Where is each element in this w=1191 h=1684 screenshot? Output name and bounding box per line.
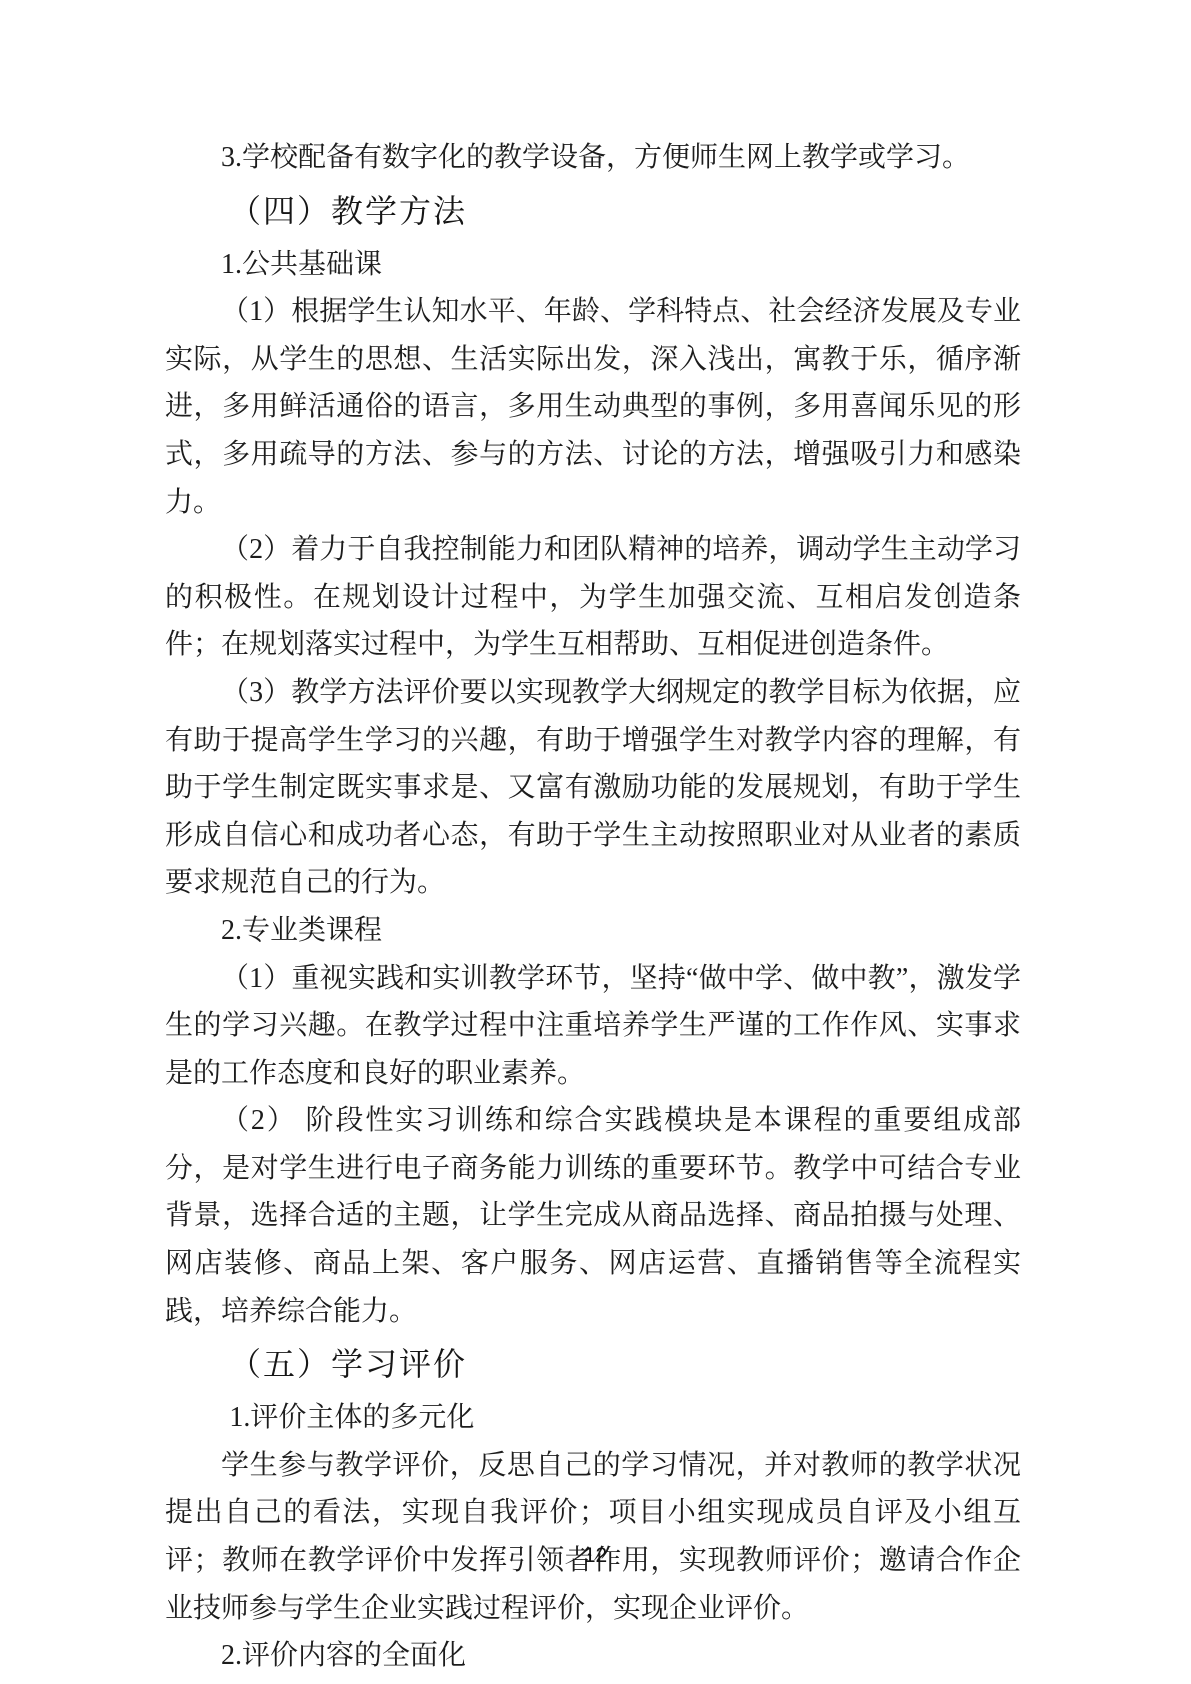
paragraph: （2）着力于自我控制能力和团队精神的培养，调动学生主动学习的积极性。在规划设计过… xyxy=(165,526,1021,669)
section-heading: （五）学习评价 xyxy=(165,1335,1021,1394)
numbered-item: 1.评价主体的多元化 xyxy=(165,1394,1021,1442)
section-heading: （四）教学方法 xyxy=(165,182,1021,241)
document-body: 3.学校配备有数字化的教学设备，方便师生网上教学或学习。（四）教学方法1.公共基… xyxy=(165,134,1021,1680)
numbered-item: 1.公共基础课 xyxy=(165,241,1021,289)
paragraph: （2） 阶段性实习训练和综合实践模块是本课程的重要组成部分，是对学生进行电子商务… xyxy=(165,1097,1021,1335)
paragraph: （1）根据学生认知水平、年龄、学科特点、社会经济发展及专业实际，从学生的思想、生… xyxy=(165,288,1021,526)
numbered-item: 2.专业类课程 xyxy=(165,907,1021,955)
paragraph: 3.学校配备有数字化的教学设备，方便师生网上教学或学习。 xyxy=(165,134,1021,182)
paragraph: 学生参与教学评价，反思自己的学习情况，并对教师的教学状况提出自己的看法，实现自我… xyxy=(165,1442,1021,1632)
numbered-item: 2.评价内容的全面化 xyxy=(165,1632,1021,1680)
document-page: 3.学校配备有数字化的教学设备，方便师生网上教学或学习。（四）教学方法1.公共基… xyxy=(0,0,1191,1684)
page-number: 12 xyxy=(0,1544,1191,1568)
paragraph: （1）重视实践和实训教学环节，坚持“做中学、做中教”，激发学生的学习兴趣。在教学… xyxy=(165,955,1021,1098)
paragraph: （3）教学方法评价要以实现教学大纲规定的教学目标为依据，应有助于提高学生学习的兴… xyxy=(165,669,1021,907)
